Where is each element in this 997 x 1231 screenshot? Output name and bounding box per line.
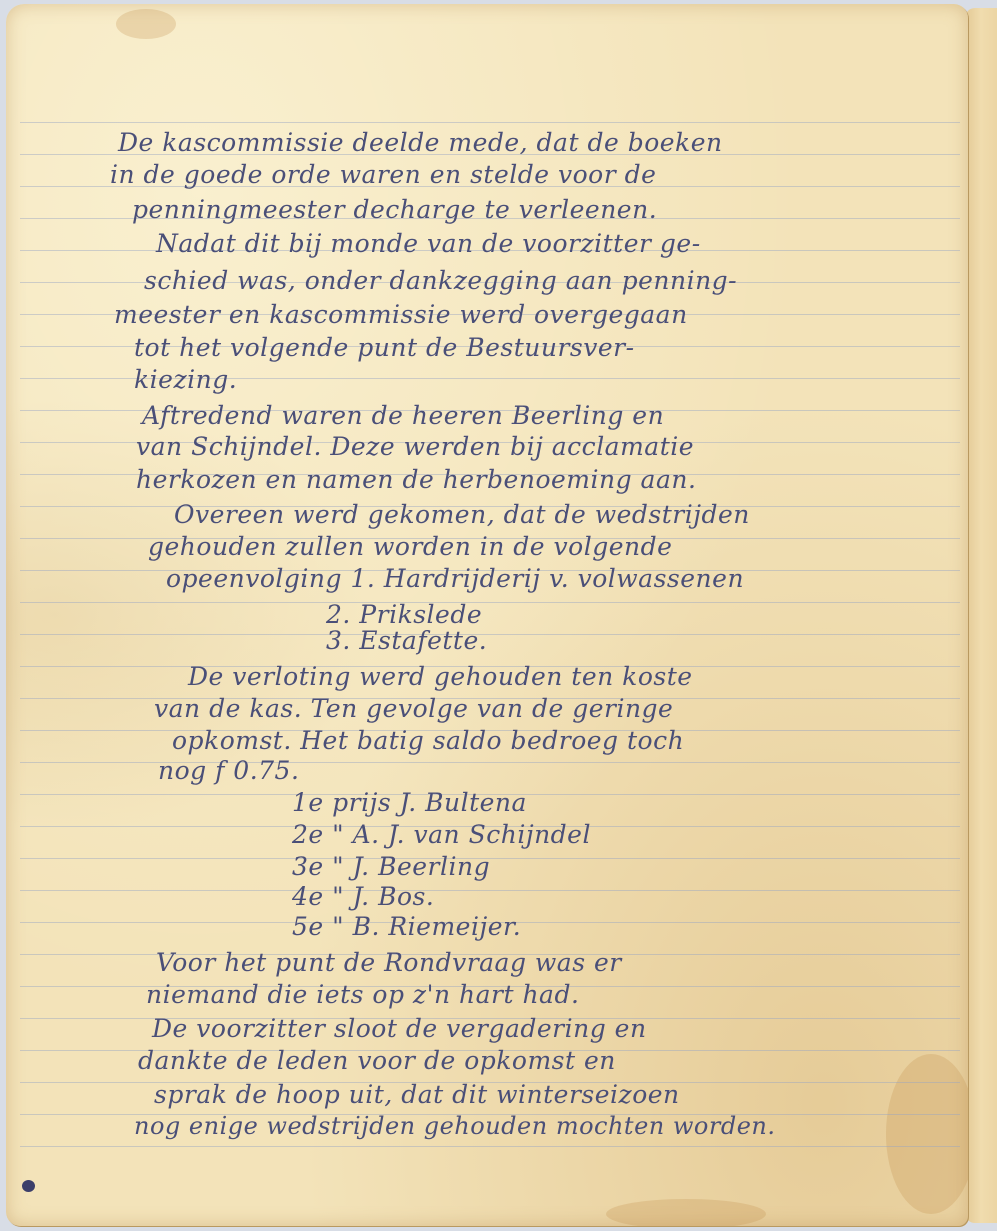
ruled-line [20, 634, 960, 635]
text-line: 3e " J. Beerling [292, 852, 490, 881]
text-line: Aftredend waren de heeren Beerling en [142, 401, 664, 430]
text-line: 1e prijs J. Bultena [292, 788, 527, 817]
ruled-line [20, 1146, 960, 1147]
text-line: schied was, onder dankzegging aan pennin… [144, 266, 737, 295]
paper-stain [116, 9, 176, 39]
text-line: meester en kascommissie werd overgegaan [114, 300, 688, 329]
ruled-line [20, 122, 960, 123]
text-line: niemand die iets op z'n hart had. [146, 980, 579, 1009]
text-line: 5e " B. Riemeijer. [292, 912, 521, 941]
text-line: opeenvolging 1. Hardrijderij v. volwasse… [166, 564, 744, 593]
text-line: Nadat dit bij monde van de voorzitter ge… [156, 229, 701, 258]
text-line: 4e " J. Bos. [292, 882, 434, 911]
text-line: Voor het punt de Rondvraag was er [156, 948, 622, 977]
text-line: 3. Estafette. [326, 626, 487, 655]
text-line: 2e " A. J. van Schijndel [292, 820, 591, 849]
text-line: nog enige wedstrijden gehouden mochten w… [134, 1112, 775, 1140]
text-line: gehouden zullen worden in de volgende [148, 532, 672, 561]
text-line: kiezing. [134, 365, 237, 394]
text-line: De voorzitter sloot de vergadering en [152, 1014, 647, 1043]
text-line: van Schijndel. Deze werden bij acclamati… [136, 432, 694, 461]
ruled-line [20, 602, 960, 603]
text-line: De kascommissie deelde mede, dat de boek… [118, 128, 723, 157]
ink-blot [22, 1180, 35, 1192]
next-page-edge [965, 8, 997, 1223]
text-line: nog f 0.75. [158, 756, 299, 785]
text-line: opkomst. Het batig saldo bedroeg toch [172, 726, 684, 755]
paper-stain [886, 1054, 968, 1214]
text-line: De verloting werd gehouden ten koste [188, 662, 693, 691]
text-line: sprak de hoop uit, dat dit winterseizoen [154, 1080, 680, 1109]
text-line: 2. Prikslede [326, 600, 482, 629]
paper-stain [606, 1199, 766, 1226]
text-line: van de kas. Ten gevolge van de geringe [154, 694, 673, 723]
text-line: tot het volgende punt de Bestuursver- [134, 333, 635, 362]
text-line: dankte de leden voor de opkomst en [138, 1046, 616, 1075]
text-line: Overeen werd gekomen, dat de wedstrijden [174, 500, 750, 529]
ruled-line [20, 890, 960, 891]
text-line: herkozen en namen de herbenoeming aan. [136, 465, 696, 494]
notebook-page: De kascommissie deelde mede, dat de boek… [6, 4, 968, 1226]
text-line: in de goede orde waren en stelde voor de [110, 160, 656, 189]
text-line: penningmeester decharge te verleenen. [132, 195, 657, 224]
